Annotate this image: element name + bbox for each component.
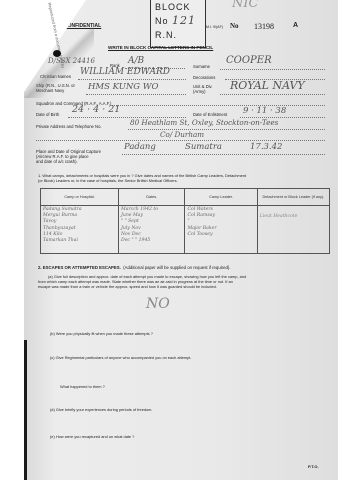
dob-value: 24 · 4 · 21 xyxy=(72,104,120,115)
capture-label-line3: and date of a/c crash). xyxy=(36,159,78,164)
section2-title: 2. ESCAPES OR ATTEMPTED ESCAPES. (Additi… xyxy=(38,265,231,270)
answer-a: NO xyxy=(146,296,170,312)
capture-date-value: 17.3.42 xyxy=(250,142,282,152)
form-reference: M.I. 9/(AF) xyxy=(206,25,223,29)
capture-region-value: Sumatra xyxy=(185,142,222,152)
instruction: WRITE IN BLOCK CAPITAL LETTERS IN PENCIL xyxy=(108,45,213,50)
handwritten-nic: NIC xyxy=(232,0,258,11)
question-d: (d) Give briefly your experiences during… xyxy=(50,407,153,412)
unit-value: ROYAL NAVY xyxy=(230,79,305,92)
block-stamp-box: BLOCK No 121 R.N. xyxy=(150,0,206,48)
question-b: (b) Were you physically fit when you mad… xyxy=(50,331,153,336)
block-number: No 121 xyxy=(151,14,205,28)
surname-value: COOPER xyxy=(226,55,272,66)
ship-value: HMS KUNG WO xyxy=(88,82,159,92)
page-edge xyxy=(24,340,27,480)
block-label: BLOCK xyxy=(151,0,205,14)
form-suffix: A xyxy=(293,22,298,29)
capture-place-value: Padang xyxy=(124,142,156,152)
cell-dates: Marcch 1942 to June May " " Sept July No… xyxy=(119,206,185,254)
address-value: 80 Heathlam St, Oxley, Stockton-on-Tees xyxy=(130,118,278,127)
surname-label: Surname xyxy=(193,64,210,69)
col-detachment-leader: Detachment or Block Leader (if any). xyxy=(257,189,329,206)
form-number: 13198 xyxy=(254,22,274,31)
cell-detachment-leader: Lieut Heathcote xyxy=(257,206,329,254)
section1-question-line2: (or Block) Leaders or, in the case of ho… xyxy=(38,178,178,183)
camps-table: Camp or Hospital. Dates. Camp Leader. De… xyxy=(40,188,330,254)
rn-label: R.N. xyxy=(151,28,205,42)
question-e: (e) How were you recaptured and on what … xyxy=(50,434,134,439)
question-c-followup: What happened to them ? xyxy=(60,384,105,389)
cell-camps: Padang Sumatra Mergui Burma Tavoy Thanby… xyxy=(41,206,119,254)
address-value-line2: Co/ Durham xyxy=(160,130,204,139)
decorations-label: Decorations xyxy=(193,75,215,80)
enlistment-value: 9 · 11 · 38 xyxy=(243,106,286,116)
col-dates: Dates. xyxy=(119,189,185,206)
dob-label: Date of Birth xyxy=(36,112,59,117)
question-c: (c) Give Regimental particulars of anyon… xyxy=(50,355,191,360)
col-camp-leader: Camp Leader. xyxy=(185,189,257,206)
col-camp-or-hospital: Camp or Hospital. xyxy=(41,189,119,206)
number-label: No xyxy=(230,22,239,30)
table-header-row: Camp or Hospital. Dates. Camp Leader. De… xyxy=(41,189,330,206)
punch-hole xyxy=(53,50,61,57)
rank-value: A/B xyxy=(128,56,144,66)
enlistment-label: Date of Enlistment xyxy=(193,112,227,117)
pto-label: P.T.O. xyxy=(308,464,319,469)
question-a-line3: escape was made from a train or vehicle … xyxy=(38,284,217,289)
cell-camp-leaders: Col Waters Col Ramsay " Major Baker Col … xyxy=(185,206,257,254)
unit-label: Unit & Div. (Army) xyxy=(193,85,217,94)
table-row: Padang Sumatra Mergui Burma Tavoy Thanby… xyxy=(41,206,330,254)
address-label: Private Address and Telephone No. xyxy=(36,124,102,129)
